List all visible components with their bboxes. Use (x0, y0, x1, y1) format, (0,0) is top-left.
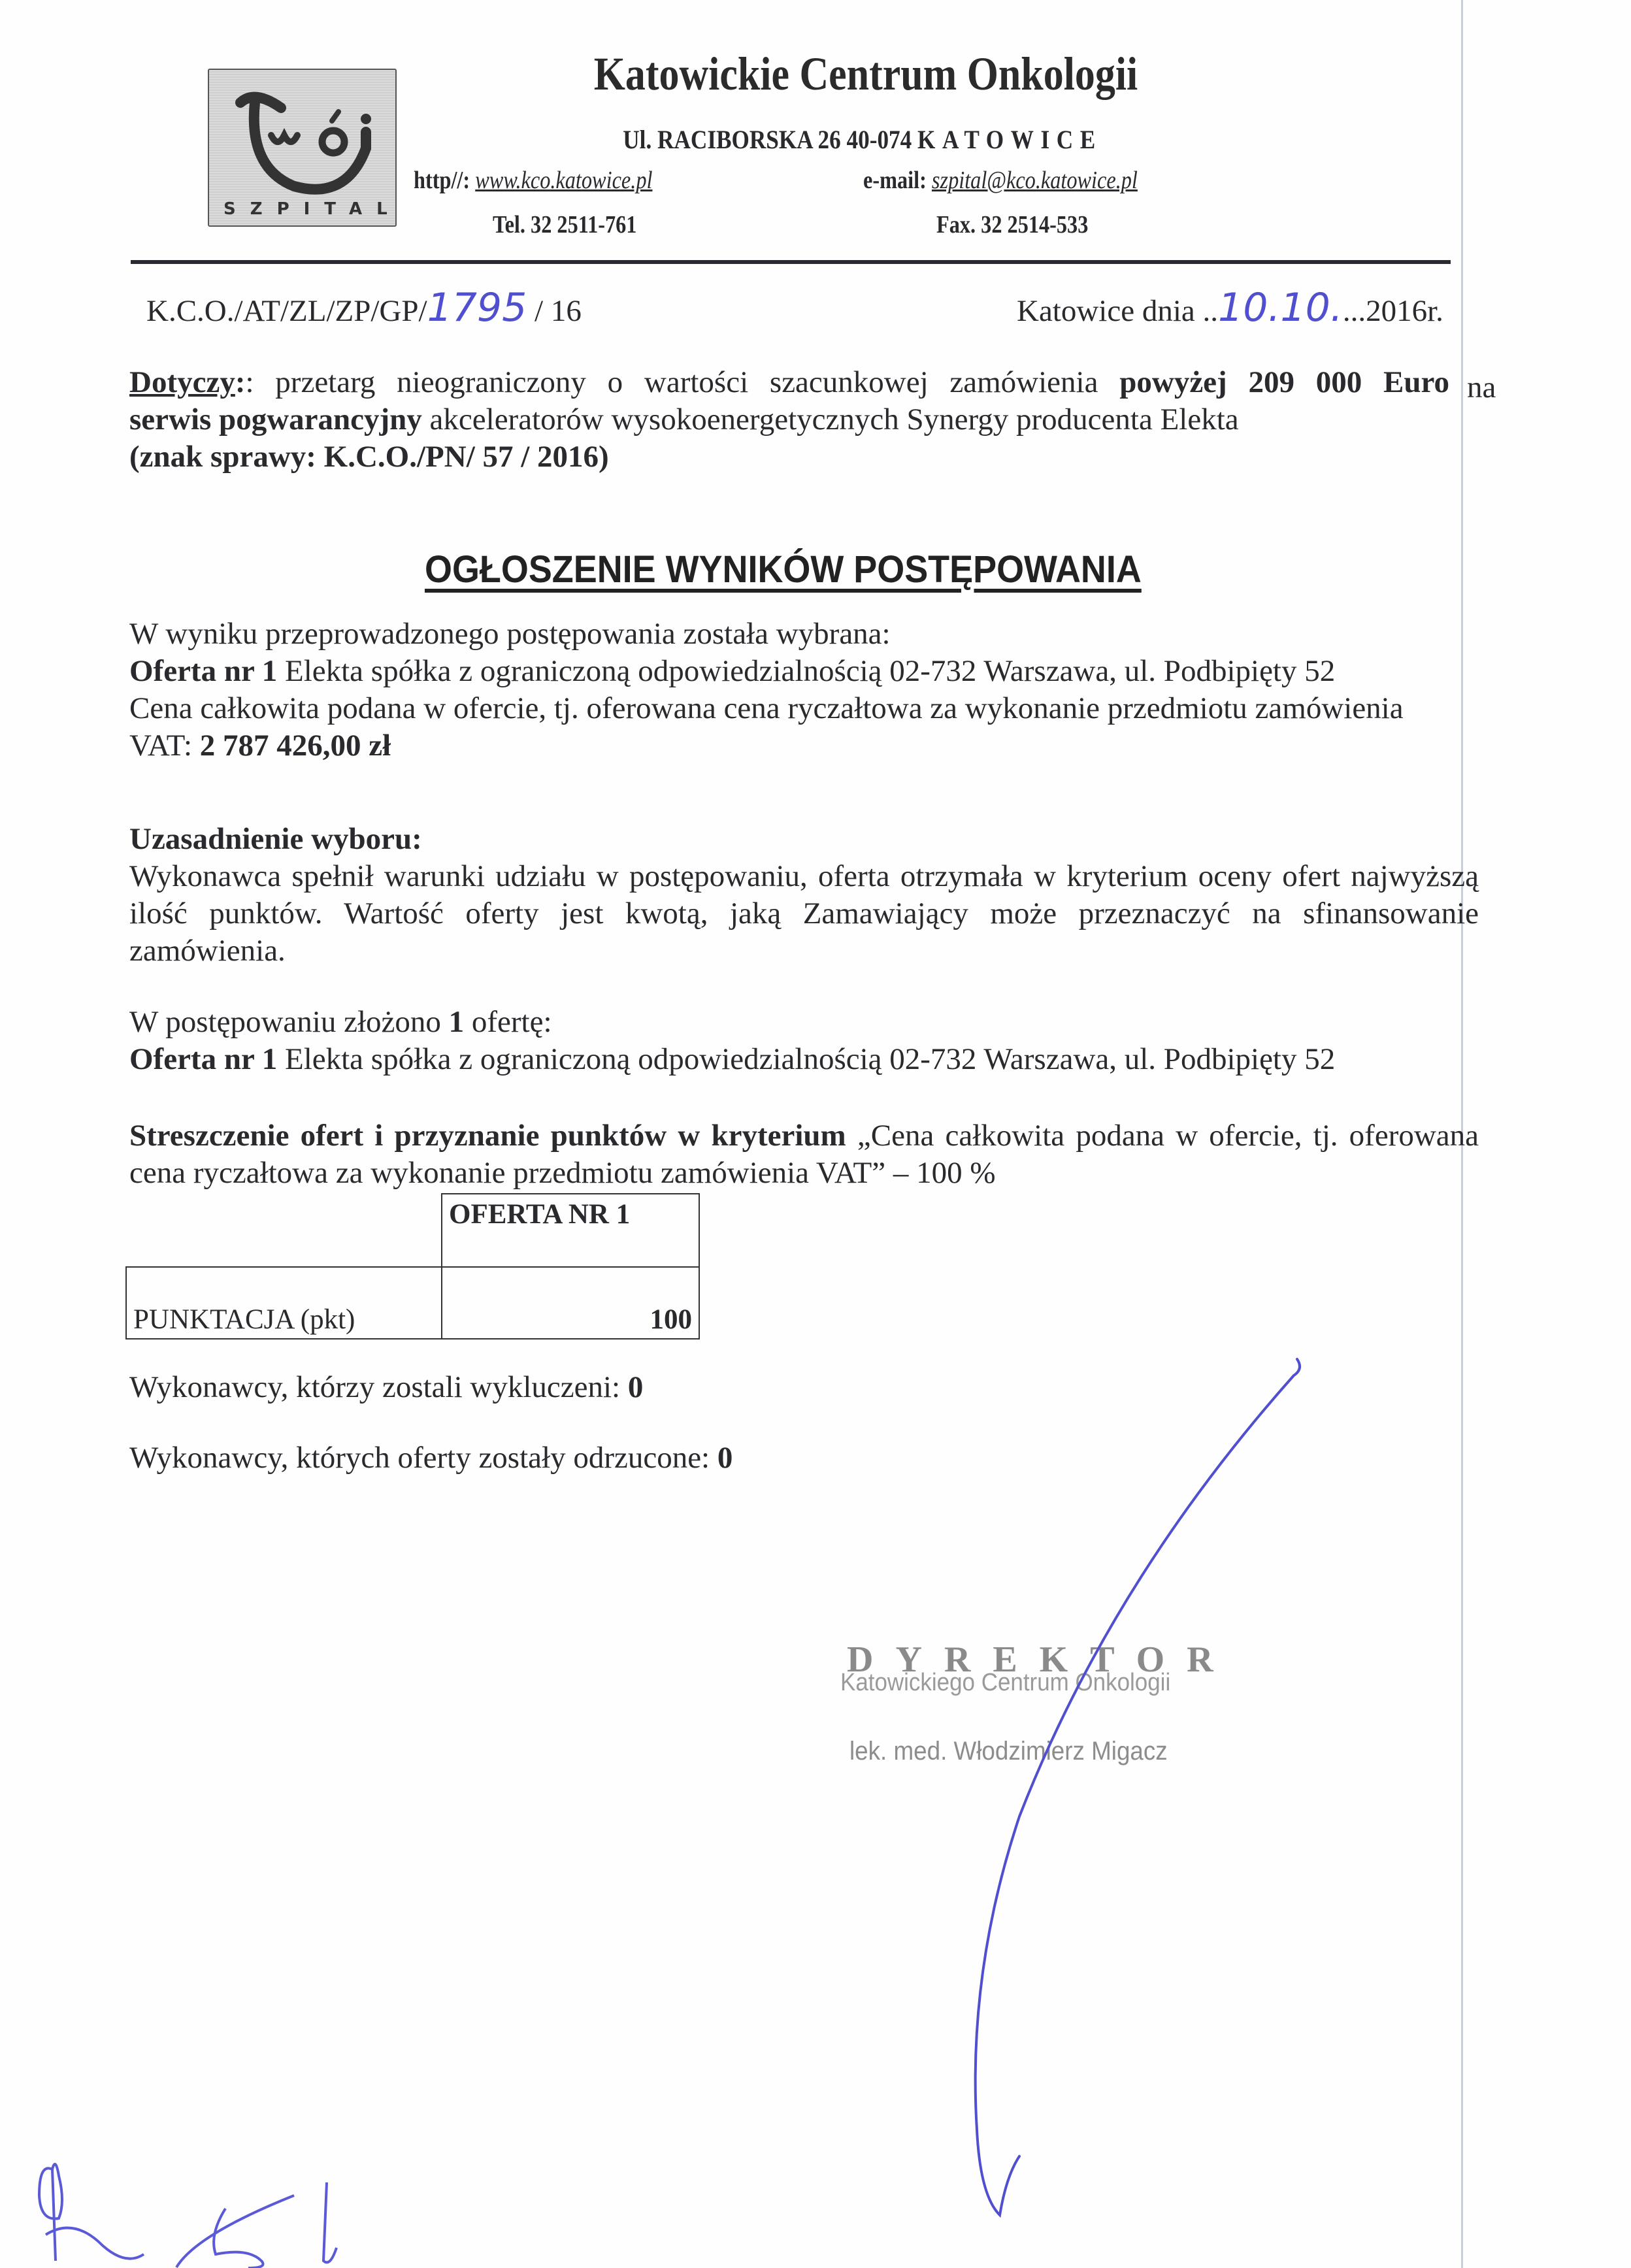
subject-label: Dotyczy (129, 365, 235, 399)
hospital-logo: SZPITAL (208, 69, 397, 227)
subject-description: akceleratorów wysokoenergetycznych Syner… (422, 403, 1239, 436)
subject-threshold: powyżej 209 000 Euro (1119, 365, 1449, 399)
vat-total: VAT: 2 787 426,00 zł (129, 727, 1479, 764)
table-row: PUNKTACJA (pkt) 100 (126, 1267, 699, 1339)
date-year: 2016r. (1366, 294, 1443, 328)
website-label: http//: (414, 167, 470, 194)
website-link[interactable]: www.kco.katowice.pl (475, 167, 652, 194)
excluded-label: Wykonawcy, którzy zostali wykluczeni: (129, 1370, 628, 1404)
subject-text: : przetarg nieograniczony o wartości sza… (245, 365, 1119, 399)
initials-icon (39, 2164, 337, 2268)
offer-description: Elekta spółka z ograniczoną odpowiedzial… (277, 1042, 1335, 1076)
justification-text: Wykonawca spełnił warunki udziału w post… (129, 858, 1479, 970)
header-divider (131, 260, 1451, 264)
subject-line-1: Dotyczy:: przetarg nieograniczony o wart… (129, 364, 1449, 401)
handwritten-date: 10.10. (1218, 285, 1343, 331)
logo-wordmark: SZPITAL (209, 199, 395, 219)
date-dots: ... (1343, 294, 1366, 328)
offers-count-suffix: ofertę: (464, 1005, 552, 1039)
offer-description: Elekta spółka z ograniczoną odpowiedzial… (277, 654, 1335, 688)
offers-submitted-section: W postępowaniu złożono 1 ofertę: Oferta … (129, 1004, 1479, 1078)
vat-value: 2 787 426,00 zł (200, 729, 391, 763)
stamp-signatory-name: lek. med. Włodzimierz Migacz (849, 1737, 1168, 1766)
vat-label: VAT: (129, 729, 200, 763)
subject-service: serwis pogwarancyjny (129, 403, 422, 436)
email-line: e-mail: szpital@kco.katowice.pl (863, 166, 1138, 195)
rejected-offers: Wykonawcy, których oferty zostały odrzuc… (129, 1439, 733, 1476)
price-description: Cena całkowita podana w ofercie, tj. ofe… (129, 690, 1479, 727)
rejected-label: Wykonawcy, których oferty zostały odrzuc… (129, 1441, 717, 1475)
offers-count-prefix: W postępowaniu złożono (129, 1005, 449, 1039)
excluded-contractors: Wykonawcy, którzy zostali wykluczeni: 0 (129, 1369, 643, 1405)
table-header-row: OFERTA NR 1 (126, 1194, 699, 1267)
subject-colon: : (235, 365, 246, 399)
points-value: 100 (442, 1267, 699, 1339)
case-number: (znak sprawy: K.C.O./PN/ 57 / 2016) (129, 438, 1479, 476)
website-line: http//: www.kco.katowice.pl (414, 166, 652, 195)
offers-count-line: W postępowaniu złożono 1 ofertę: (129, 1004, 1479, 1041)
table-corner-cell (126, 1194, 442, 1267)
selected-offer: Oferta nr 1 Elekta spółka z ograniczoną … (129, 653, 1479, 690)
summary-paragraph: Streszczenie ofert i przyznanie punktów … (129, 1117, 1479, 1192)
column-header-offer-1: OFERTA NR 1 (442, 1194, 699, 1267)
address-line: Ul. RACIBORSKA 26 40-074 KATOWICE (575, 124, 1150, 155)
score-table: OFERTA NR 1 PUNKTACJA (pkt) 100 (125, 1193, 700, 1339)
reference-number: K.C.O./AT/ZL/ZP/GP/1795 / 16 (146, 289, 582, 329)
date-label: Katowice dnia (1017, 294, 1203, 328)
rejected-count: 0 (717, 1441, 733, 1475)
subject-overflow-word: na (1467, 370, 1496, 405)
row-label-points: PUNKTACJA (pkt) (126, 1267, 442, 1339)
submitted-offer: Oferta nr 1 Elekta spółka z ograniczoną … (129, 1041, 1479, 1078)
email-label: e-mail: (863, 167, 927, 194)
announcement-heading: OGŁOSZENIE WYNIKÓW POSTĘPOWANIA (425, 548, 1142, 591)
subject-line-2: serwis pogwarancyjny akceleratorów wysok… (129, 401, 1479, 438)
date-dots: .. (1203, 294, 1219, 328)
offer-label: Oferta nr 1 (129, 654, 277, 688)
handwritten-reference: 1795 (427, 285, 527, 331)
street-address: Ul. RACIBORSKA 26 40-074 (623, 125, 912, 154)
city: KATOWICE (917, 125, 1102, 154)
fax-number: Fax. 32 2514-533 (936, 210, 1088, 239)
justification-title: Uzasadnienie wyboru: (129, 821, 1479, 858)
date-line: Katowice dnia ..10.10....2016r. (1017, 289, 1443, 329)
email-link[interactable]: szpital@kco.katowice.pl (932, 167, 1138, 194)
reference-prefix: K.C.O./AT/ZL/ZP/GP/ (146, 294, 427, 328)
excluded-count: 0 (628, 1370, 644, 1404)
offers-count: 1 (449, 1005, 465, 1039)
reference-suffix: / 16 (527, 294, 582, 328)
offer-label: Oferta nr 1 (129, 1042, 277, 1076)
organization-title: Katowickie Centrum Onkologii (515, 47, 1217, 101)
selection-intro: W wyniku przeprowadzonego postępowania z… (129, 616, 1479, 653)
justification-section: Uzasadnienie wyboru: Wykonawca spełnił w… (129, 821, 1479, 970)
summary-label: Streszczenie ofert i przyznanie punktów … (129, 1119, 846, 1153)
selection-section: W wyniku przeprowadzonego postępowania z… (129, 616, 1479, 764)
stamp-organization: Katowickiego Centrum Onkologii (840, 1669, 1170, 1697)
phone-number: Tel. 32 2511-761 (493, 210, 636, 239)
